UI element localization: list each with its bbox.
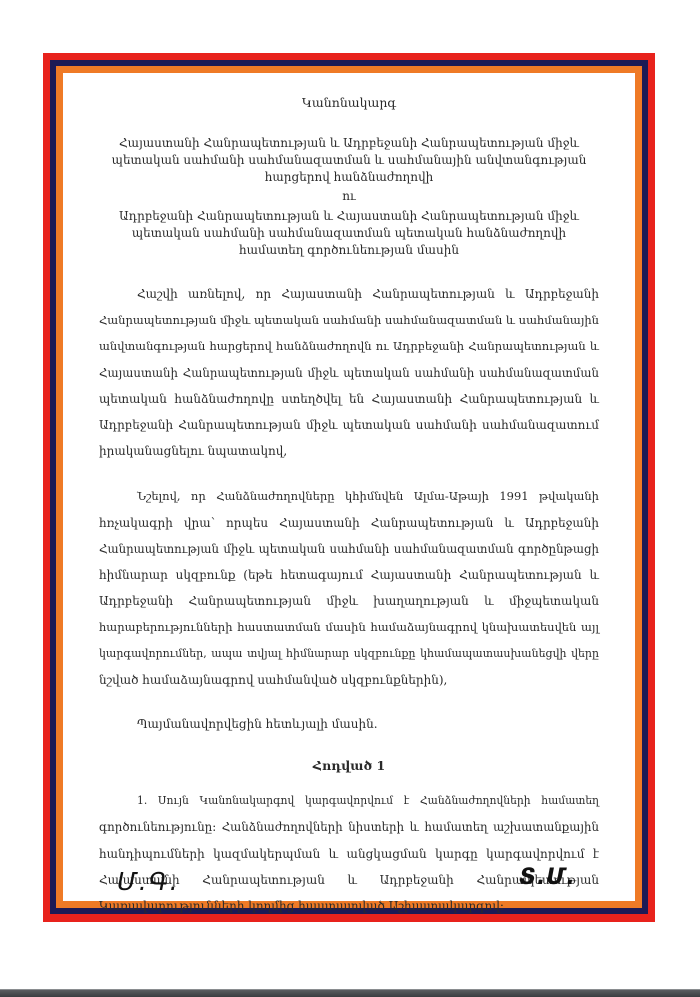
document-title: Կանոնակարգ xyxy=(99,93,599,113)
text-line: Ադրբեջանի Հանրապետության միջև պետական սա… xyxy=(99,412,599,438)
signature-initials-left: Մ.Գ. xyxy=(117,867,180,896)
text-line: Հաշվի առնելով, որ Հայաստանի Հանրապետությ… xyxy=(99,281,599,307)
heading-line: Հայաստանի Հանրապետության և Ադրբեջանի Հան… xyxy=(99,135,599,152)
article-title: Հոդված 1 xyxy=(99,753,599,779)
text-line: Հայաստանի Հանրապետության միջև պետական սա… xyxy=(99,360,599,386)
text-line: 1. Սույն Կանոնակարգով կարգավորվում է Հան… xyxy=(99,788,599,814)
heading-conjunction: ու xyxy=(99,188,599,205)
heading-line: պետական սահմանի սահմանազատման պետական հա… xyxy=(99,225,599,242)
heading-line: համատեղ գործունեության մասին xyxy=(99,242,599,259)
text-line: Հանրապետության միջև պետական սահմանի սահմ… xyxy=(99,307,599,333)
document-content: Կանոնակարգ Հայաստանի Հանրապետության և Ադ… xyxy=(99,93,599,919)
text-line: Ադրբեջանի Հանրապետության միջև խաղաղությա… xyxy=(99,588,599,614)
text-line: հիմնարար սկզբունք (եթե հետագայում Հայաստ… xyxy=(99,562,599,588)
preamble-paragraph-2: Նշելով, որ Հանձնաժողովները կհիմնվեն Ալմա… xyxy=(99,483,599,693)
text-line: գործունեությունը: Հանձնաժողովների նիստեր… xyxy=(99,814,599,840)
text-line: հարաբերությունների հաստատման մասին համաձ… xyxy=(99,614,599,640)
text-line: Հանրապետության միջև պետական սահմանի սահմ… xyxy=(99,536,599,562)
viewer-bottom-bar xyxy=(0,989,700,997)
text-line: իրականացնելու նպատակով, xyxy=(99,438,599,464)
text-line: անվտանգության հարցերով հանձնաժողովն ու Ա… xyxy=(99,333,599,359)
text-line: Կառավարությունների կողմից հաստատված Աշխա… xyxy=(99,893,599,919)
text-line: Նշելով, որ Հանձնաժողովները կհիմնվեն Ալմա… xyxy=(99,483,599,509)
text-line: հռչակագրի վրա՝ որպես Հայաստանի Հանրապետո… xyxy=(99,510,599,536)
text-line: կարգավորումներ, ապա տվյալ հիմնարար սկզբո… xyxy=(99,641,599,667)
preamble-paragraph-1: Հաշվի առնելով, որ Հայաստանի Հանրապետությ… xyxy=(99,281,599,464)
heading-line: Ադրբեջանի Հանրապետության և Հայաստանի Հան… xyxy=(99,208,599,225)
text-line: նշված համաձայնագրով սահմանված սկզբունքնե… xyxy=(99,667,599,693)
signature-initials-right: Տ.Մ. xyxy=(519,865,576,890)
text-line: պետական հանձնաժողովը ստեղծվել են Հայաստա… xyxy=(99,386,599,412)
text-line: հանդիպումների կազմակերպման և անցկացման կ… xyxy=(99,841,599,867)
text-line: Պայմանավորվեցին հետևյալի մասին. xyxy=(99,711,599,737)
preamble-agreement-line: Պայմանավորվեցին հետևյալի մասին. xyxy=(99,711,599,737)
heading-line: պետական սահմանի սահմանազատման և սահմանայ… xyxy=(99,152,599,169)
heading-line: հարցերով հանձնաժողովի xyxy=(99,169,599,186)
document-heading: Հայաստանի Հանրապետության և Ադրբեջանի Հան… xyxy=(99,135,599,259)
article-1-paragraph: 1. Սույն Կանոնակարգով կարգավորվում է Հան… xyxy=(99,788,599,919)
